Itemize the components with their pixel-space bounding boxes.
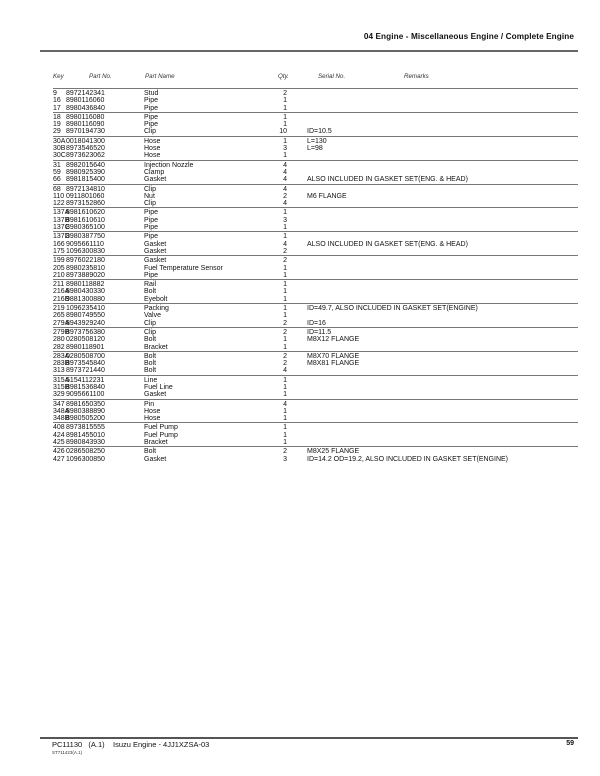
row-group: 4088973815555Fuel Pump14248981455010Fuel…: [53, 422, 578, 446]
cell-key: 30C: [53, 152, 66, 159]
row-group: 1998976022180Gasket22058980235810Fuel Te…: [53, 255, 578, 279]
cell-part-name: Clip: [144, 200, 156, 207]
cell-part-no: 8976022180: [66, 257, 105, 264]
table-row: 283B8973545840Bolt2M8X81 FLANGE: [53, 360, 578, 367]
table-row: 137B8981610610Pipe3: [53, 217, 578, 224]
cell-part-name: Pipe: [144, 97, 158, 104]
cell-key: 30B: [53, 145, 65, 152]
cell-key: 19: [53, 121, 61, 128]
column-header-remarks: Remarks: [404, 73, 429, 80]
table-row: 216B9881300880Eyebolt1: [53, 296, 578, 303]
cell-qty: 1: [261, 114, 287, 121]
table-row: 2800280508120Bolt1M8X12 FLANGE: [53, 336, 578, 343]
table-row: 216A8980430330Bolt1: [53, 288, 578, 295]
cell-part-name: Hose: [144, 152, 160, 159]
cell-key: 426: [53, 448, 65, 455]
cell-part-no: 9095661110: [66, 241, 104, 248]
cell-part-name: Clip: [144, 329, 156, 336]
cell-qty: 10: [261, 128, 287, 135]
cell-part-no: 8981610610: [66, 217, 105, 224]
cell-qty: 1: [261, 272, 287, 279]
cell-part-name: Clip: [144, 186, 156, 193]
cell-qty: 2: [261, 360, 287, 367]
cell-remarks: M6 FLANGE: [307, 193, 347, 200]
cell-part-no: 8973815555: [66, 424, 105, 431]
table-row: 98972142341Stud2: [53, 90, 578, 97]
table-row: 315B8981536840Fuel Line1: [53, 384, 578, 391]
cell-part-no: 8980365100: [66, 224, 105, 231]
cell-key: 347: [53, 401, 65, 408]
cell-part-name: Clamp: [144, 169, 164, 176]
cell-part-name: Hose: [144, 145, 160, 152]
row-group: 98972142341Stud2168980116060Pipe11789804…: [53, 88, 578, 112]
row-group: 283A0280508700Bolt2M8X70 FLANGE283B89735…: [53, 351, 578, 375]
cell-part-name: Hose: [144, 138, 160, 145]
table-row: 178980436840Pipe1: [53, 105, 578, 112]
row-group: 3478981650350Pin4348A8980388890Hose1348B…: [53, 399, 578, 423]
cell-key: 59: [53, 169, 61, 176]
cell-qty: 1: [261, 265, 287, 272]
cell-key: 427: [53, 456, 65, 463]
cell-part-name: Bolt: [144, 353, 156, 360]
table-row: 198980116090Pipe1: [53, 121, 578, 128]
cell-qty: 1: [261, 233, 287, 240]
table-row: 2828980118901Bracket1: [53, 344, 578, 351]
table-row: 315A5154112231Line1: [53, 377, 578, 384]
cell-part-name: Pipe: [144, 121, 158, 128]
cell-part-name: Clip: [144, 128, 156, 135]
cell-key: 166: [53, 241, 65, 248]
table-row: 2191096235410Packing1ID=49.7, ALSO INCLU…: [53, 305, 578, 312]
cell-part-name: Pipe: [144, 272, 158, 279]
cell-part-name: Bracket: [144, 439, 168, 446]
cell-remarks: L=98: [307, 145, 323, 152]
cell-key: 280: [53, 336, 65, 343]
cell-qty: 4: [261, 367, 287, 374]
cell-part-no: 8980843930: [66, 439, 105, 446]
table-row: 2108973889020Pipe1: [53, 272, 578, 279]
table-row: 3138973721440Bolt4: [53, 367, 578, 374]
cell-part-no: 0018041300: [66, 138, 105, 145]
cell-part-no: 8980925390: [66, 169, 105, 176]
cell-remarks: ALSO INCLUDED IN GASKET SET(ENG. & HEAD): [307, 241, 468, 248]
cell-key: 205: [53, 265, 65, 272]
cell-qty: 1: [261, 415, 287, 422]
cell-remarks: M8X81 FLANGE: [307, 360, 359, 367]
cell-part-no: 8972142341: [66, 90, 105, 97]
column-header-key: Key: [53, 73, 64, 80]
cell-part-no: 8980118882: [66, 281, 104, 288]
cell-key: 425: [53, 439, 65, 446]
row-group: 2118980118882Rail1216A8980430330Bolt1216…: [53, 279, 578, 303]
cell-qty: 1: [261, 138, 287, 145]
table-row: 1751096300830Gasket2: [53, 248, 578, 255]
cell-key: 17: [53, 105, 61, 112]
cell-part-name: Pipe: [144, 217, 158, 224]
cell-part-no: 9095661100: [66, 391, 104, 398]
cell-part-no: 8973545840: [66, 360, 105, 367]
cell-key: 68: [53, 186, 61, 193]
table-row: 688972134810Clip4: [53, 186, 578, 193]
cell-part-name: Bolt: [144, 360, 156, 367]
table-row: 283A0280508700Bolt2M8X70 FLANGE: [53, 353, 578, 360]
cell-remarks: ID=14.2 OD=19.2, ALSO INCLUDED IN GASKET…: [307, 456, 557, 463]
cell-part-name: Pipe: [144, 209, 158, 216]
cell-remarks: ID=16: [307, 320, 326, 327]
table-row: 1998976022180Gasket2: [53, 257, 578, 264]
table-row: 4258980843930Bracket1: [53, 439, 578, 446]
cell-part-no: 8970194730: [66, 128, 105, 135]
cell-remarks: L=130: [307, 138, 327, 145]
cell-part-name: Packing: [144, 305, 169, 312]
cell-part-no: 8981815400: [66, 176, 105, 183]
cell-remarks: ALSO INCLUDED IN GASKET SET(ENG. & HEAD): [307, 176, 468, 183]
row-group: 318982015640Injection Nozzle459898092539…: [53, 160, 578, 184]
table-row: 4271096300850Gasket3ID=14.2 OD=19.2, ALS…: [53, 456, 578, 471]
cell-remarks: ID=49.7, ALSO INCLUDED IN GASKET SET(ENG…: [307, 305, 478, 312]
cell-qty: 1: [261, 152, 287, 159]
table-row: 4248981455010Fuel Pump1: [53, 432, 578, 439]
table-row: 30A0018041300Hose1L=130: [53, 138, 578, 145]
header-rule: [40, 50, 578, 52]
cell-remarks: ID=11.5: [307, 329, 331, 336]
cell-qty: 1: [261, 344, 287, 351]
cell-qty: 3: [261, 456, 287, 463]
cell-part-name: Line: [144, 377, 157, 384]
cell-key: 408: [53, 424, 65, 431]
cell-qty: 3: [261, 145, 287, 152]
cell-qty: 2: [261, 353, 287, 360]
cell-key: 282: [53, 344, 65, 351]
table-row: 1669095661110Gasket4ALSO INCLUDED IN GAS…: [53, 241, 578, 248]
table-row: 279A8943929240Clip2ID=16: [53, 320, 578, 327]
cell-qty: 1: [261, 391, 287, 398]
row-group: 4260286508250Bolt2M8X25 FLANGE4271096300…: [53, 446, 578, 470]
cell-part-no: 8973546520: [66, 145, 105, 152]
cell-part-no: 8981536840: [66, 384, 105, 391]
table-row: 348A8980388890Hose1: [53, 408, 578, 415]
cell-qty: 1: [261, 377, 287, 384]
row-group: 688972134810Clip41100911801060Nut2M6 FLA…: [53, 184, 578, 208]
column-header-part-no: Part No.: [89, 73, 112, 80]
cell-key: 18: [53, 114, 61, 121]
table-row: 2658980749550Valve1: [53, 312, 578, 319]
row-group: 188980116080Pipe1198980116090Pipe1298970…: [53, 112, 578, 136]
cell-part-name: Gasket: [144, 176, 166, 183]
cell-part-no: 8980118901: [66, 344, 104, 351]
cell-part-name: Pipe: [144, 224, 158, 231]
cell-part-no: 8973623062: [66, 152, 105, 159]
cell-qty: 2: [261, 90, 287, 97]
cell-part-no: 8973889020: [66, 272, 105, 279]
cell-key: 66: [53, 176, 61, 183]
cell-qty: 1: [261, 408, 287, 415]
table-row: 137D8980387750Pipe1: [53, 233, 578, 240]
cell-part-no: 8981650350: [66, 401, 105, 408]
column-header-serial-no: Serial No.: [318, 73, 345, 80]
cell-part-name: Rail: [144, 281, 156, 288]
cell-qty: 2: [261, 448, 287, 455]
cell-part-name: Pipe: [144, 233, 158, 240]
cell-part-name: Injection Nozzle: [144, 162, 193, 169]
cell-key: 122: [53, 200, 65, 207]
row-group: 315A5154112231Line1315B8981536840Fuel Li…: [53, 375, 578, 399]
table-row: 30C8973623062Hose1: [53, 152, 578, 159]
cell-key: 199: [53, 257, 65, 264]
cell-qty: 2: [261, 193, 287, 200]
cell-part-no: 8982015640: [66, 162, 105, 169]
cell-part-name: Fuel Pump: [144, 424, 178, 431]
column-header-part-name: Part Name: [145, 73, 175, 80]
cell-qty: 4: [261, 176, 287, 183]
cell-key: 219: [53, 305, 65, 312]
cell-key: 313: [53, 367, 65, 374]
table-row: 1100911801060Nut2M6 FLANGE: [53, 193, 578, 200]
cell-part-name: Bolt: [144, 448, 156, 455]
row-group: 279B8973756380Clip2ID=11.52800280508120B…: [53, 327, 578, 351]
cell-qty: 3: [261, 217, 287, 224]
footer-rule: [40, 737, 578, 739]
cell-part-no: 8973721440: [66, 367, 105, 374]
cell-key: 329: [53, 391, 65, 398]
table-row: 168980116060Pipe1: [53, 97, 578, 104]
cell-qty: 1: [261, 432, 287, 439]
cell-part-no: 8980430330: [66, 288, 105, 295]
cell-part-name: Gasket: [144, 257, 166, 264]
table-row: 1228973152860Clip4: [53, 200, 578, 207]
cell-part-name: Pipe: [144, 105, 158, 112]
cell-remarks: M8X25 FLANGE: [307, 448, 359, 455]
cell-key: 265: [53, 312, 65, 319]
cell-part-name: Fuel Pump: [144, 432, 178, 439]
cell-part-name: Gasket: [144, 241, 166, 248]
cell-part-name: Gasket: [144, 391, 166, 398]
cell-qty: 1: [261, 384, 287, 391]
cell-key: 175: [53, 248, 65, 255]
page-header-title: 04 Engine - Miscellaneous Engine / Compl…: [364, 32, 574, 41]
table-row: 137C8980365100Pipe1: [53, 224, 578, 231]
column-header-qty: Qty.: [278, 73, 289, 80]
cell-part-name: Bolt: [144, 288, 156, 295]
table-row: 3299095661100Gasket1: [53, 391, 578, 398]
table-row: 2058980235810Fuel Temperature Sensor1: [53, 265, 578, 272]
table-row: 4088973815555Fuel Pump1: [53, 424, 578, 431]
cell-part-no: 8980116060: [66, 97, 104, 104]
table-row: 4260286508250Bolt2M8X25 FLANGE: [53, 448, 578, 455]
cell-part-no: 8981455010: [66, 432, 105, 439]
cell-part-name: Gasket: [144, 248, 166, 255]
cell-part-no: 0280508700: [66, 353, 105, 360]
table-row: 279B8973756380Clip2ID=11.5: [53, 329, 578, 336]
cell-key: 110: [53, 193, 64, 200]
cell-part-name: Nut: [144, 193, 155, 200]
cell-part-no: 1096235410: [66, 305, 105, 312]
cell-qty: 1: [261, 97, 287, 104]
table-row: 298970194730Clip10ID=10.5: [53, 128, 578, 135]
row-group: 137D8980387750Pipe11669095661110Gasket4A…: [53, 231, 578, 255]
cell-key: 31: [53, 162, 61, 169]
cell-key: 9: [53, 90, 57, 97]
cell-part-no: 8972134810: [66, 186, 105, 193]
table-row: 318982015640Injection Nozzle4: [53, 162, 578, 169]
cell-part-no: 8980116080: [66, 114, 104, 121]
cell-part-name: Eyebolt: [144, 296, 167, 303]
cell-key: 30A: [53, 138, 65, 145]
cell-part-name: Hose: [144, 415, 160, 422]
cell-qty: 1: [261, 105, 287, 112]
table-row: 598980925390Clamp4: [53, 169, 578, 176]
cell-qty: 1: [261, 296, 287, 303]
cell-part-no: 9881300880: [66, 296, 105, 303]
cell-part-name: Bolt: [144, 367, 156, 374]
cell-qty: 2: [261, 320, 287, 327]
cell-qty: 2: [261, 248, 287, 255]
cell-qty: 1: [261, 121, 287, 128]
cell-part-name: Stud: [144, 90, 158, 97]
cell-part-no: 1096300850: [66, 456, 105, 463]
cell-part-no: 5154112231: [66, 377, 104, 384]
cell-part-no: 8981610620: [66, 209, 105, 216]
footer-sub-id: ST711423(A.1): [52, 750, 82, 755]
cell-qty: 1: [261, 439, 287, 446]
cell-qty: 4: [261, 241, 287, 248]
cell-key: 29: [53, 128, 61, 135]
cell-part-no: 8980116090: [66, 121, 104, 128]
page-number: 59: [566, 740, 574, 747]
cell-part-name: Gasket: [144, 456, 166, 463]
cell-part-name: Fuel Temperature Sensor: [144, 265, 223, 272]
cell-part-name: Bolt: [144, 336, 156, 343]
table-row: 188980116080Pipe1: [53, 114, 578, 121]
cell-qty: 2: [261, 329, 287, 336]
cell-qty: 4: [261, 200, 287, 207]
cell-qty: 4: [261, 169, 287, 176]
cell-part-no: 0911801060: [66, 193, 104, 200]
cell-qty: 4: [261, 186, 287, 193]
table-row: 2118980118882Rail1: [53, 281, 578, 288]
cell-key: 211: [53, 281, 64, 288]
cell-part-no: 0280508120: [66, 336, 105, 343]
cell-part-no: 8973152860: [66, 200, 105, 207]
cell-part-no: 8980436840: [66, 105, 105, 112]
cell-part-name: Fuel Line: [144, 384, 173, 391]
cell-key: 16: [53, 97, 61, 104]
cell-key: 210: [53, 272, 65, 279]
row-group: 2191096235410Packing1ID=49.7, ALSO INCLU…: [53, 303, 578, 327]
cell-qty: 1: [261, 209, 287, 216]
cell-key: 424: [53, 432, 65, 439]
cell-qty: 2: [261, 257, 287, 264]
table-row: 348B8980505200Hose1: [53, 415, 578, 422]
cell-qty: 1: [261, 224, 287, 231]
footer-document-id: PC11130 (A.1) Isuzu Engine - 4JJ1XZSA-03: [52, 740, 209, 749]
row-group: 137A8981610620Pipe1137B8981610610Pipe313…: [53, 207, 578, 231]
cell-qty: 1: [261, 424, 287, 431]
cell-part-name: Clip: [144, 320, 156, 327]
cell-part-name: Hose: [144, 408, 160, 415]
cell-part-no: 8980387750: [66, 233, 105, 240]
table-row: 30B8973546520Hose3L=98: [53, 145, 578, 152]
cell-part-name: Bracket: [144, 344, 168, 351]
table-row: 3478981650350Pin4: [53, 401, 578, 408]
cell-qty: 1: [261, 336, 287, 343]
table-row: 137A8981610620Pipe1: [53, 209, 578, 216]
cell-part-no: 8980505200: [66, 415, 105, 422]
parts-table: 98972142341Stud2168980116060Pipe11789804…: [53, 88, 578, 470]
cell-qty: 1: [261, 305, 287, 312]
cell-qty: 1: [261, 281, 287, 288]
cell-remarks: M8X12 FLANGE: [307, 336, 359, 343]
cell-part-no: 8980388890: [66, 408, 105, 415]
cell-qty: 1: [261, 312, 287, 319]
cell-remarks: ID=10.5: [307, 128, 332, 135]
cell-part-no: 8980749550: [66, 312, 105, 319]
row-group: 30A0018041300Hose1L=13030B8973546520Hose…: [53, 136, 578, 160]
table-row: 668981815400Gasket4ALSO INCLUDED IN GASK…: [53, 176, 578, 183]
cell-qty: 4: [261, 162, 287, 169]
cell-part-no: 8980235810: [66, 265, 105, 272]
cell-part-name: Pipe: [144, 114, 158, 121]
cell-part-name: Pin: [144, 401, 154, 408]
cell-part-no: 8943929240: [66, 320, 105, 327]
cell-part-no: 1096300830: [66, 248, 105, 255]
cell-part-no: 8973756380: [66, 329, 105, 336]
cell-qty: 4: [261, 401, 287, 408]
cell-remarks: M8X70 FLANGE: [307, 353, 359, 360]
cell-part-name: Valve: [144, 312, 161, 319]
cell-qty: 1: [261, 288, 287, 295]
cell-part-no: 0286508250: [66, 448, 105, 455]
